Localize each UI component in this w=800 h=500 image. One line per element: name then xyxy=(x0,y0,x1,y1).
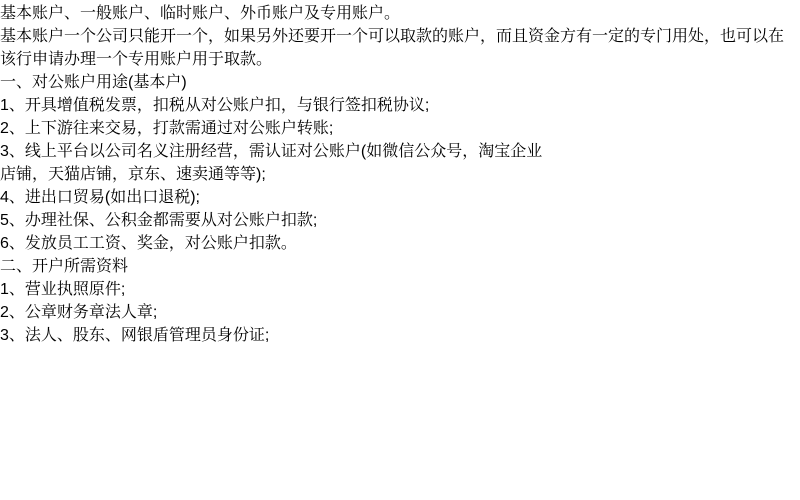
list-line: 1、营业执照原件; xyxy=(0,276,800,299)
list-line: 4、进出口贸易(如出口退税); xyxy=(0,184,800,207)
intro-paragraph: 基本账户一个公司只能开一个，如果另外还要开一个可以取款的账户，而且资金方有一定的… xyxy=(0,23,800,69)
section2-heading: 二、开户所需资料 xyxy=(0,253,800,276)
intro-highlight: 一个公司只能开一个 xyxy=(64,28,208,45)
list-line: 1、开具增值税发票，扣税从对公账户扣，与银行签扣税协议; xyxy=(0,92,800,115)
list-line: 3、线上平台以公司名义注册经营，需认证对公账户(如微信公众号，淘宝企业 xyxy=(0,138,800,161)
clipped-top-line: 基本账户、一般账户、临时账户、外币账户及专用账户。 xyxy=(0,0,800,23)
list-line: 5、办理社保、公积金都需要从对公账户扣款; xyxy=(0,207,800,230)
list-line-wrap: 店铺，天猫店铺，京东、速卖通等等); xyxy=(0,161,800,184)
list-line: 2、上下游往来交易，打款需通过对公账户转账; xyxy=(0,115,800,138)
section1-list: 1、开具增值税发票，扣税从对公账户扣，与银行签扣税协议; 2、上下游往来交易，打… xyxy=(0,92,800,253)
content-panel: 基本账户、一般账户、临时账户、外币账户及专用账户。 基本账户一个公司只能开一个，… xyxy=(0,0,800,345)
section2-list: 1、营业执照原件; 2、公章财务章法人章; 3、法人、股东、网银盾管理员身份证; xyxy=(0,276,800,345)
clipped-top-line-text: 基本账户、一般账户、临时账户、外币账户及专用账户。 xyxy=(0,0,800,23)
intro-prefix: 基本账户 xyxy=(0,28,64,45)
list-line: 3、法人、股东、网银盾管理员身份证; xyxy=(0,322,800,345)
section1-heading: 一、对公账户用途(基本户) xyxy=(0,69,800,92)
list-line: 6、发放员工工资、奖金，对公账户扣款。 xyxy=(0,230,800,253)
list-line: 2、公章财务章法人章; xyxy=(0,299,800,322)
article-page: 基本账户、一般账户、临时账户、外币账户及专用账户。 基本账户一个公司只能开一个，… xyxy=(0,0,800,500)
